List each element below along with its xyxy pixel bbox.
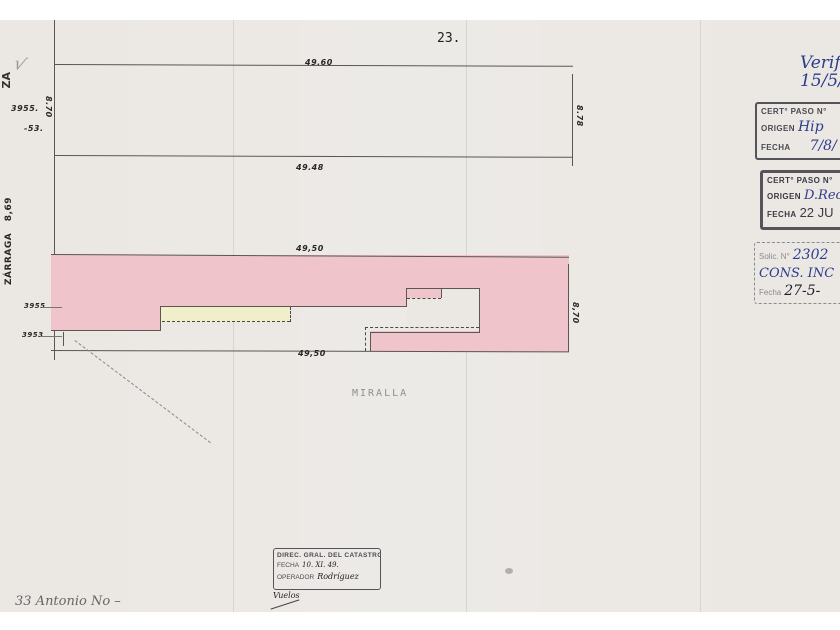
upper-lot-number: 3955.: [11, 104, 39, 113]
solic-value-number: 2302: [793, 246, 829, 265]
solic-stamp: Solic. N°2302 CONS. INC Fecha27-5-: [754, 242, 840, 304]
handwritten-verification: Verif. 15/5/: [800, 54, 840, 90]
cert1-label-fecha: FECHA: [761, 143, 791, 154]
cert1-value-fecha: 7/8/: [810, 137, 837, 156]
upper-lot-top-dimension: 49.60: [305, 58, 333, 67]
cert2-value-fecha: 22 JU: [800, 204, 834, 222]
signature-stroke: [271, 599, 300, 609]
door-number-3953: 3953: [22, 331, 43, 339]
lower-lot-bottom-dimension: 49,50: [298, 349, 326, 358]
solic-label-fecha: Fecha: [759, 288, 781, 299]
sheet-number: 23.: [437, 31, 460, 46]
cert1-value-origen: Hip: [798, 118, 824, 137]
faded-text: MIRALLA: [352, 388, 408, 399]
handwritten-verif-line2: 15/5/: [800, 72, 840, 90]
upper-lot-number-sub: -53.: [24, 124, 44, 133]
handwritten-verif-line1: Verif.: [800, 54, 840, 72]
catastro-label-operador: OPERADOR: [277, 573, 314, 582]
solic-value-fecha: 27-5-: [784, 282, 820, 301]
cert2-label-fecha: FECHA: [767, 210, 797, 221]
cert2-value-origen: D.Rec.: [804, 187, 840, 205]
street-name: ZÁRRAGA: [4, 233, 14, 285]
catastro-label-fecha: FECHA: [277, 561, 299, 570]
upper-lot-right-dimension: 8.78: [575, 105, 584, 127]
upper-lot-left-dimension: 8.70: [44, 96, 53, 118]
catastro-value-operador: Rodríguez: [317, 571, 359, 583]
solic-value-type: CONS. INC: [759, 265, 834, 283]
cert1-label-origen: ORIGEN: [761, 124, 795, 135]
fold-line: [700, 20, 701, 612]
street-frontage: 8,69: [4, 197, 14, 221]
lower-lot-right-dimension: 8,70: [571, 302, 580, 324]
catastro-title: DIREC. GRAL. DEL CATASTRO: [277, 551, 381, 560]
upper-lot-bottom-dimension: 49.48: [296, 163, 324, 172]
ink-speck: [505, 568, 513, 574]
door-number-3955: 3955: [24, 302, 45, 310]
catastro-value-fecha: 10. XI. 49.: [302, 560, 339, 570]
footer-handwriting: 33 Antonio No –: [15, 594, 121, 609]
cert-stamp-2: CERT° PASO N° ORIGEND.Rec. FECHA22 JU: [760, 170, 840, 230]
cert1-label-paso: CERT° PASO N°: [761, 107, 827, 118]
catastro-note: Vuelos: [273, 591, 300, 600]
street-label: ZÁRRAGA 8,69: [4, 197, 14, 285]
faded-diagonal-line: [74, 340, 210, 443]
catastro-stamp: DIREC. GRAL. DEL CATASTRO FECHA10. XI. 4…: [273, 548, 381, 590]
solic-label-number: Solic. N°: [759, 252, 790, 263]
cert2-label-paso: CERT° PASO N°: [767, 176, 833, 187]
lower-lot-top-dimension: 49,50: [296, 244, 324, 253]
street-name-fragment: ZA: [0, 72, 13, 89]
cert-stamp-1: CERT° PASO N° ORIGENHip FECHA7/8/: [755, 102, 840, 160]
check-mark-icon: √: [11, 53, 29, 77]
document-sheet: 23. 49.60 49.48 8.78 8.70 3955. -53. √ Z…: [0, 20, 840, 612]
cert2-label-origen: ORIGEN: [767, 192, 801, 203]
